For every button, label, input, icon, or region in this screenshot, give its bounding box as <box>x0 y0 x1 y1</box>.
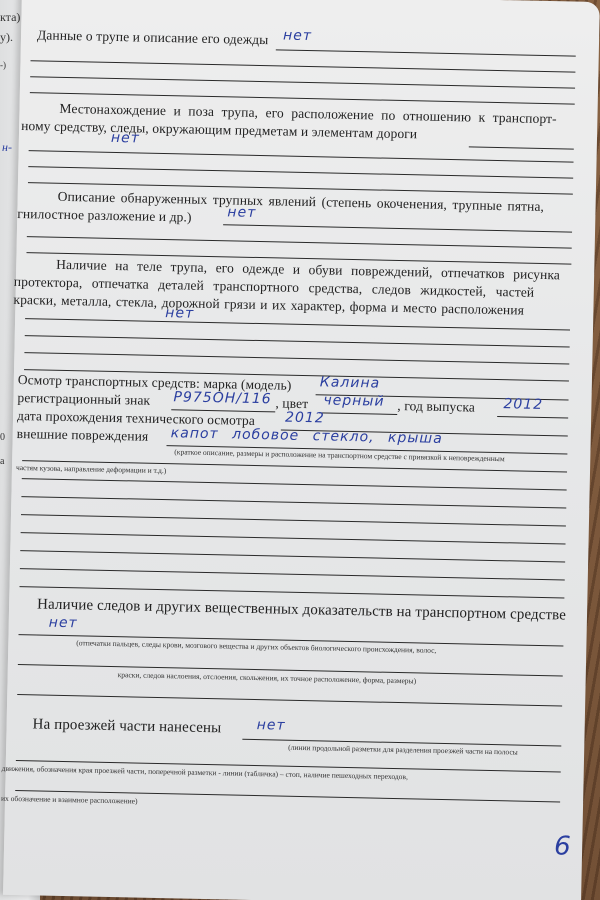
ruled-line <box>24 352 569 364</box>
inspection-date-value[interactable]: 2012 <box>285 410 325 427</box>
answer-line <box>497 416 568 418</box>
ruled-line <box>17 694 562 706</box>
section-road-markings: На проезжей части нанесены нет (линии пр… <box>32 0 577 11</box>
answer-line <box>469 146 574 149</box>
field-label: гнилостное разложение и др.) <box>17 206 192 226</box>
section-body-damage: Наличие на теле трупа, его одежде и обув… <box>32 0 577 11</box>
form-page: Данные о трупе и описание его одежды нет… <box>3 0 600 900</box>
margin-fragment: -) <box>0 60 6 70</box>
field-label: , год выпуска <box>397 398 475 416</box>
margin-handwriting: н- <box>2 140 12 155</box>
field-label: Наличие следов и других вещественных док… <box>37 596 566 624</box>
answer-line <box>223 224 572 232</box>
ruled-line <box>25 335 570 347</box>
field-answer[interactable]: нет <box>49 615 78 632</box>
section-evidence: Наличие следов и других вещественных док… <box>32 0 577 11</box>
section-vehicle-inspection: Осмотр транспортных средств: марка (моде… <box>32 0 577 11</box>
field-answer[interactable]: нет <box>283 27 312 44</box>
manufacture-year-value[interactable]: 2012 <box>503 396 543 413</box>
page-number: 6 <box>554 831 571 861</box>
margin-fragment: кта) <box>0 10 20 25</box>
ruled-line <box>21 532 566 544</box>
registration-plate-value[interactable]: Р975ОН/116 <box>173 389 271 407</box>
margin-fragment: у). <box>0 30 13 45</box>
section-cadaveric-phenomena: Описание обнаруженных трупных явлений (с… <box>32 0 577 11</box>
field-label: внешние повреждения <box>17 426 149 445</box>
ruled-line <box>30 76 575 88</box>
field-label: Данные о трупе и описание его одежды <box>37 27 269 48</box>
section-corpse-clothes: Данные о трупе и описание его одежды нет <box>32 0 577 11</box>
ruled-line <box>21 514 566 526</box>
field-hint: их обозначение и взаимное расположение) <box>1 794 138 806</box>
field-label: регистрационный знак <box>17 390 150 409</box>
margin-fragment: 0 <box>0 432 5 443</box>
field-hint: частям кузова, направление деформации и … <box>16 463 166 475</box>
answer-line <box>319 412 397 415</box>
field-answer[interactable]: нет <box>111 130 140 147</box>
field-answer[interactable]: нет <box>165 305 194 322</box>
ruled-line <box>28 166 573 178</box>
ruled-line <box>20 550 565 562</box>
section-corpse-location: Местонахождение и поза трупа, его распол… <box>32 0 577 11</box>
external-damage-value[interactable]: капот лобовое стекло, крыша <box>171 425 443 447</box>
ruled-line <box>19 586 564 598</box>
field-answer[interactable]: нет <box>227 204 256 221</box>
ruled-line <box>21 496 566 508</box>
field-label: На проезжей части нанесены <box>32 716 221 737</box>
ruled-line <box>22 478 567 490</box>
margin-fragment: а <box>0 456 4 467</box>
ruled-line <box>31 60 576 72</box>
vehicle-color-value[interactable]: черный <box>323 392 384 409</box>
answer-line <box>276 49 576 56</box>
ruled-line <box>25 318 570 330</box>
ruled-line <box>27 236 572 248</box>
ruled-line <box>29 150 574 162</box>
field-answer[interactable]: нет <box>256 717 285 734</box>
ruled-line <box>20 568 565 580</box>
vehicle-make-value[interactable]: Калина <box>320 374 381 391</box>
